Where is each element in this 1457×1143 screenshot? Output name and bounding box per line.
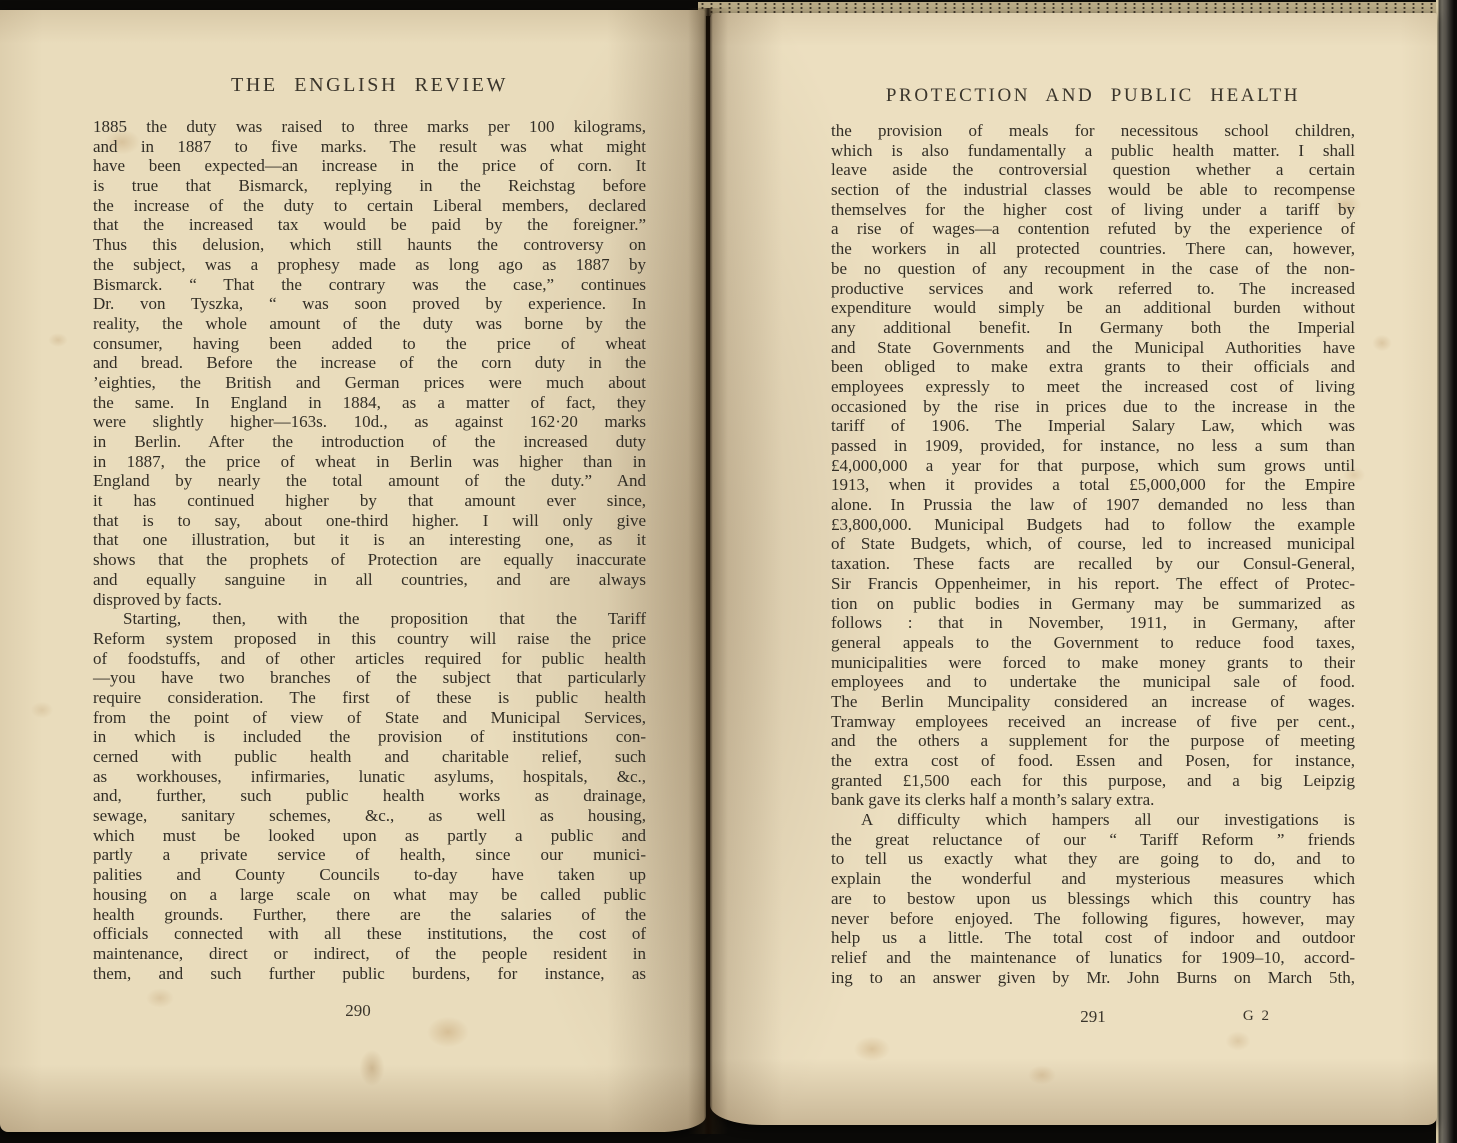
text-line: that the increased tax would be paid by … [93,215,646,235]
text-line: —you have two branches of the subject th… [93,668,646,688]
text-line: them, and such further public burdens, f… [93,964,646,984]
text-line: to tell us exactly what they are going t… [831,849,1355,869]
text-line: require consideration. The first of thes… [93,688,646,708]
text-line: is true that Bismarck, replying in the R… [93,176,646,196]
left-page: THE ENGLISH REVIEW 1885 the duty was rai… [0,10,706,1132]
text-line: the great reluctance of our “ Tariff Ref… [831,830,1355,850]
right-page-number: 291 [1080,1007,1106,1026]
text-line: the subject, was a prophesy made as long… [93,255,646,275]
running-head-left: THE ENGLISH REVIEW [93,74,646,97]
text-line: from the point of view of State and Muni… [93,708,646,728]
text-line: 1913, when it provides a total £5,000,00… [831,475,1355,495]
right-page-footer: 291 G 2 [831,1007,1355,1027]
text-line: Thus this delusion, which still haunts t… [93,235,646,255]
text-line: sewage, sanitary schemes, &c., as well a… [93,806,646,826]
text-line: and State Governments and the Municipal … [831,338,1355,358]
text-line: were slightly higher—163s. 10d., as agai… [93,412,646,432]
text-line: expenditure would simply be an additiona… [831,298,1355,318]
text-line: of foodstuffs, and of other articles req… [93,649,646,669]
text-line: are to bestow upon us blessings which th… [831,889,1355,909]
text-line: section of the industrial classes would … [831,180,1355,200]
text-line: in Berlin. After the introduction of the… [93,432,646,452]
text-line: the same. In England in 1884, as a matte… [93,393,646,413]
text-line: reality, the whole amount of the duty wa… [93,314,646,334]
text-line: the workers in all protected countries. … [831,239,1355,259]
text-line: leave aside the controversial question w… [831,160,1355,180]
text-line: bank gave its clerks half a month’s sala… [831,790,1355,810]
text-line: The Berlin Muncipality considered an inc… [831,692,1355,712]
text-line: £4,000,000 a year for that purpose, whic… [831,456,1355,476]
text-line: that is to say, about one-third higher. … [93,511,646,531]
left-page-number: 290 [93,1001,623,1021]
text-line: disproved by facts. [93,590,646,610]
text-line: ’eighties, the British and German prices… [93,373,646,393]
text-line: relief and the maintenance of lunatics f… [831,948,1355,968]
text-line: explain the wonderful and mysterious mea… [831,869,1355,889]
text-line: granted £1,500 each for this purpose, an… [831,771,1355,791]
text-line: partly a private service of health, sinc… [93,845,646,865]
fore-edge-page-stack [1436,0,1457,1143]
text-line: employees and to undertake the municipal… [831,672,1355,692]
text-line: health grounds. Further, there are the s… [93,905,646,925]
text-line: a rise of wages—a contention refuted by … [831,219,1355,239]
text-line: general appeals to the Government to red… [831,633,1355,653]
text-line: housing on a large scale on what may be … [93,885,646,905]
text-line: A difficulty which hampers all our inves… [831,810,1355,830]
text-line: help us a little. The total cost of indo… [831,928,1355,948]
text-line: taxation. These facts are recalled by ou… [831,554,1355,574]
text-line: which is also fundamentally a public hea… [831,141,1355,161]
text-line: England by nearly the total amount of th… [93,471,646,491]
text-line: Sir Francis Oppenheimer, in his report. … [831,574,1355,594]
text-line: alone. In Prussia the law of 1907 demand… [831,495,1355,515]
text-line: of State Budgets, which, of course, led … [831,534,1355,554]
text-line: never before enjoyed. The following figu… [831,909,1355,929]
text-line: cerned with public health and charitable… [93,747,646,767]
text-line: palities and County Councils to-day have… [93,865,646,885]
text-line: ing to an answer given by Mr. John Burns… [831,968,1355,988]
text-line: Reform system proposed in this country w… [93,629,646,649]
signature-mark: G 2 [1243,1008,1271,1025]
text-line: municipalities were forced to make money… [831,653,1355,673]
text-line: it has continued higher by that amount e… [93,491,646,511]
text-line: tariff of 1906. The Imperial Salary Law,… [831,416,1355,436]
right-page: PROTECTION AND PUBLIC HEALTH the provisi… [710,13,1437,1125]
text-line: Starting, then, with the proposition tha… [93,609,646,629]
text-line: be no question of any recoupment in the … [831,259,1355,279]
text-line: that one illustration, but it is an inte… [93,530,646,550]
text-line: productive services and work referred to… [831,279,1355,299]
text-line: 1885 the duty was raised to three marks … [93,117,646,137]
text-line: in 1887, the price of wheat in Berlin wa… [93,452,646,472]
text-line: themselves for the higher cost of living… [831,200,1355,220]
text-line: as workhouses, infirmaries, lunatic asyl… [93,767,646,787]
book-spread-scan: THE ENGLISH REVIEW 1885 the duty was rai… [0,0,1457,1143]
text-line: shows that the prophets of Protection ar… [93,550,646,570]
text-line: passed in 1909, provided, for instance, … [831,436,1355,456]
text-line: maintenance, direct or indirect, of the … [93,944,646,964]
text-line: and the others a supplement for the purp… [831,731,1355,751]
running-head-right: PROTECTION AND PUBLIC HEALTH [831,85,1355,107]
text-line: Tramway employees received an increase o… [831,712,1355,732]
text-line: officials connected with all these insti… [93,924,646,944]
text-line: which must be looked upon as partly a pu… [93,826,646,846]
text-line: any additional benefit. In Germany both … [831,318,1355,338]
text-line: and, further, such public health works a… [93,786,646,806]
text-line: and equally sanguine in all countries, a… [93,570,646,590]
text-line: have been expected—an increase in the pr… [93,156,646,176]
text-line: occasioned by the rise in prices due to … [831,397,1355,417]
text-line: consumer, having been added to the price… [93,334,646,354]
text-line: tion on public bodies in Germany may be … [831,594,1355,614]
text-line: and bread. Before the increase of the co… [93,353,646,373]
text-line: in which is included the provision of in… [93,727,646,747]
text-line: the provision of meals for necessitous s… [831,121,1355,141]
text-line: employees expressly to meet the increase… [831,377,1355,397]
text-line: Bismarck. “ That the contrary was the ca… [93,275,646,295]
text-line: the extra cost of food. Essen and Posen,… [831,751,1355,771]
right-page-body-text: the provision of meals for necessitous s… [831,121,1355,987]
text-line: Dr. von Tyszka, “ was soon proved by exp… [93,294,646,314]
text-line: £3,800,000. Municipal Budgets had to fol… [831,515,1355,535]
text-line: been obliged to make extra grants to the… [831,357,1355,377]
text-line: follows : that in November, 1911, in Ger… [831,613,1355,633]
left-page-body-text: 1885 the duty was raised to three marks … [93,117,646,983]
text-line: the increase of the duty to certain Libe… [93,196,646,216]
text-line: and in 1887 to five marks. The result wa… [93,137,646,157]
